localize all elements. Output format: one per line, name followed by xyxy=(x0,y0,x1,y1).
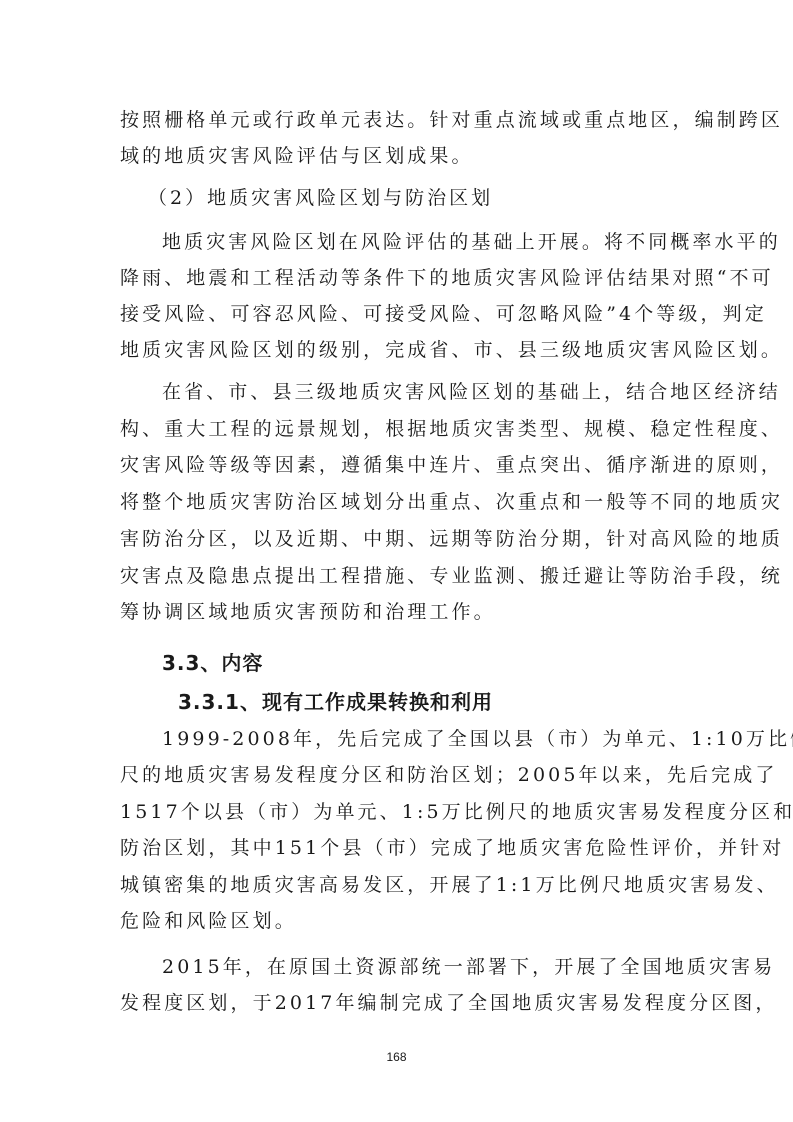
paragraph-line: 域的地质灾害风险评估与区划成果。 xyxy=(120,144,673,168)
section-heading-3-3-1: 3.3.1、现有工作成果转换和利用 xyxy=(178,690,493,714)
paragraph-line: 将整个地质灾害防治区域划分出重点、次重点和一般等不同的地质灾 xyxy=(120,490,673,514)
paragraph-line: 按照栅格单元或行政单元表达。针对重点流域或重点地区，编制跨区 xyxy=(120,108,673,132)
paragraph-line: 降雨、地震和工程活动等条件下的地质灾害风险评估结果对照“不可 xyxy=(120,266,673,290)
paragraph-line: 害防治分区，以及近期、中期、远期等防治分期，针对高风险的地质 xyxy=(120,527,673,551)
paragraph-line: 发程度区划，于2017年编制完成了全国地质灾害易发程度分区图， xyxy=(120,991,673,1015)
paragraph-line: 城镇密集的地质灾害高易发区，开展了1:1万比例尺地质灾害易发、 xyxy=(120,873,673,897)
section-title: 现有工作成果转换和利用 xyxy=(262,690,493,714)
paragraph-line: 灾害风险等级等因素，遵循集中连片、重点突出、循序渐进的原则， xyxy=(120,453,673,477)
paragraph-line: 1999-2008年，先后完成了全国以县（市）为单元、1:10万比例 xyxy=(162,727,673,751)
section-heading-3-3: 3.3、内容 xyxy=(162,651,263,675)
paragraph-line: 接受风险、可容忍风险、可接受风险、可忽略风险”4个等级，判定 xyxy=(120,302,673,326)
paragraph-line: 灾害点及隐患点提出工程措施、专业监测、搬迁避让等防治手段，统 xyxy=(120,564,673,588)
subheading-risk-and-prevention-zoning: （2）地质灾害风险区划与防治区划 xyxy=(148,186,493,210)
paragraph-line: 地质灾害风险区划在风险评估的基础上开展。将不同概率水平的 xyxy=(162,230,673,254)
paragraph-line: 尺的地质灾害易发程度分区和防治区划；2005年以来，先后完成了 xyxy=(120,763,673,787)
paragraph-line: 2015年，在原国土资源部统一部署下，开展了全国地质灾害易 xyxy=(162,955,673,979)
paragraph-line: 地质灾害风险区划的级别，完成省、市、县三级地质灾害风险区划。 xyxy=(120,338,673,362)
paragraph-line: 在省、市、县三级地质灾害风险区划的基础上，结合地区经济结 xyxy=(162,380,673,404)
section-number: 3.3.1、 xyxy=(178,690,262,714)
page-number: 168 xyxy=(0,1050,793,1064)
paragraph-line: 1517个以县（市）为单元、1:5万比例尺的地质灾害易发程度分区和 xyxy=(120,800,673,824)
paragraph-line: 防治区划，其中151个县（市）完成了地质灾害危险性评价，并针对 xyxy=(120,836,673,860)
paragraph-line: 筹协调区域地质灾害预防和治理工作。 xyxy=(120,600,673,624)
paragraph-line: 构、重大工程的远景规划，根据地质灾害类型、规模、稳定性程度、 xyxy=(120,417,673,441)
paragraph-line: 危险和风险区划。 xyxy=(120,909,673,933)
